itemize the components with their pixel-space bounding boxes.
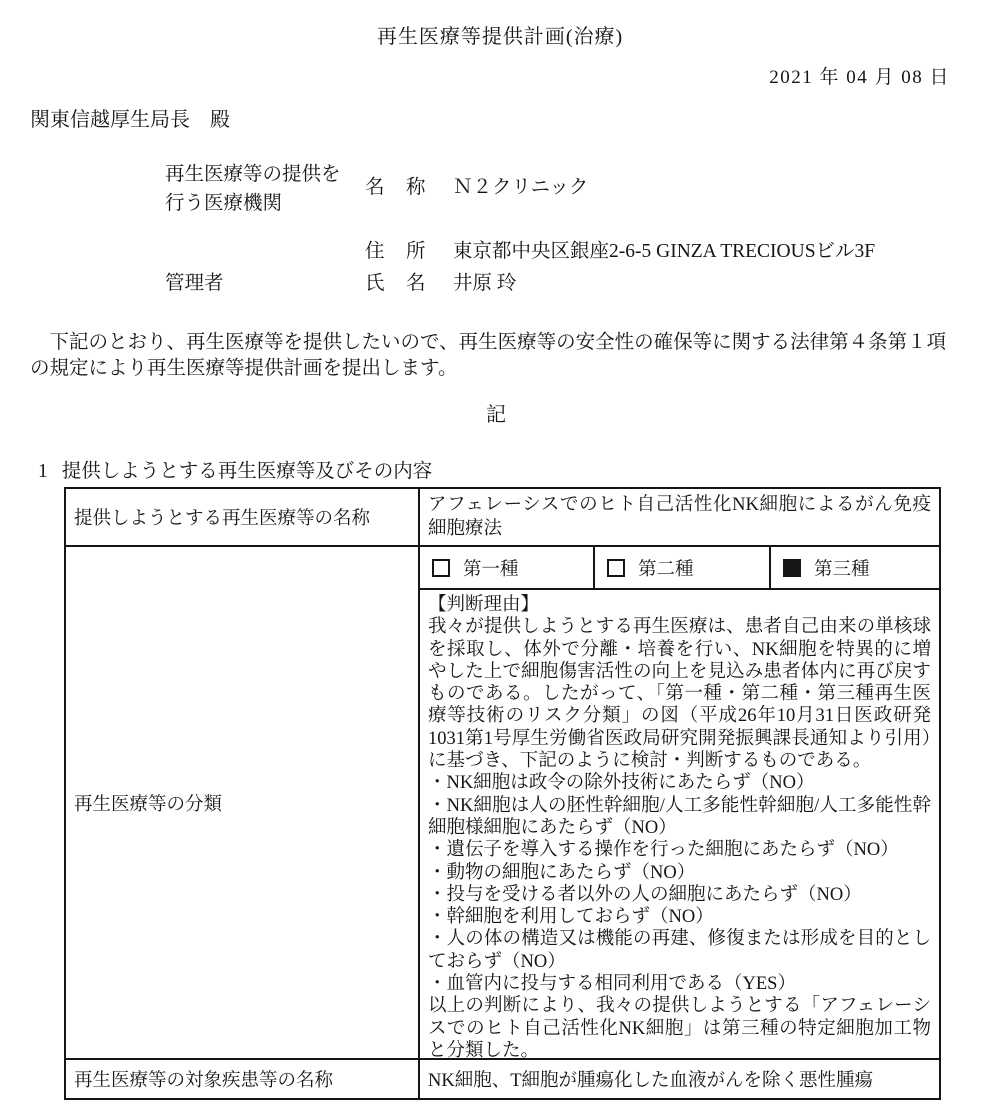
section-title: 提供しようとする再生医療等及びその内容 bbox=[62, 461, 433, 482]
section-1-heading: 1提供しようとする再生医療等及びその内容 bbox=[38, 455, 432, 483]
institution-address-label: 住 所 bbox=[365, 235, 427, 263]
classification-option: 第二種 bbox=[593, 547, 769, 588]
institution-name-value: Ｎ２クリニック bbox=[453, 171, 588, 199]
document-page: 再生医療等提供計画(治療) 2021 年 04 月 08 日 関東信越厚生局長 … bbox=[0, 0, 1000, 1120]
reason-block: 我々が提供しようとする再生医療は、患者自己由来の単核球を採取し、体外で分離・培養… bbox=[428, 616, 931, 772]
statement-line: の規定により再生医療等提供計画を提出します。 bbox=[30, 356, 968, 382]
reason-block: ・NK細胞は人の胚性幹細胞/人工多能性幹細胞/人工多能性幹細胞様細胞にあたらず（… bbox=[428, 795, 931, 840]
reason-block: ・NK細胞は政令の除外技術にあたらず（NO） bbox=[428, 772, 931, 794]
manager-label: 管理者 bbox=[165, 267, 224, 295]
classification-reason-cell: 【判断理由】我々が提供しようとする再生医療は、患者自己由来の単核球を採取し、体外… bbox=[418, 590, 939, 1060]
treatment-name-label-cell: 提供しようとする再生医療等の名称 bbox=[66, 489, 418, 547]
manager-name-label: 氏 名 bbox=[365, 267, 427, 295]
disease-value-cell: NK細胞、T細胞が腫瘍化した血液がんを除く悪性腫瘍 bbox=[418, 1060, 939, 1098]
reason-block: ・遺伝子を導入する操作を行った細胞にあたらず（NO） bbox=[428, 839, 931, 861]
classification-option-label: 第二種 bbox=[638, 555, 694, 581]
institution-label-line1: 再生医療等の提供を bbox=[165, 158, 341, 186]
classification-option: 第一種 bbox=[420, 547, 593, 588]
disease-label-cell: 再生医療等の対象疾患等の名称 bbox=[66, 1060, 418, 1098]
reason-block: ・動物の細胞にあたらず（NO） bbox=[428, 862, 931, 884]
reason-block: ・幹細胞を利用しておらず（NO） bbox=[428, 906, 931, 928]
classification-option-label: 第一種 bbox=[463, 555, 519, 581]
checkbox-icon bbox=[432, 559, 450, 577]
treatment-plan-table: 提供しようとする再生医療等の名称 アフェレーシスでのヒト自己活性化NK細胞による… bbox=[64, 487, 941, 1100]
reason-block: 以上の判断により、我々の提供しようとする「アフェレーシスでのヒト自己活性化NK細… bbox=[428, 995, 931, 1060]
checkbox-icon bbox=[607, 559, 625, 577]
submission-statement: 下記のとおり、再生医療等を提供したいので、再生医療等の安全性の確保等に関する法律… bbox=[30, 330, 968, 382]
record-mark: 記 bbox=[0, 398, 992, 427]
classification-option-label: 第三種 bbox=[814, 555, 870, 581]
manager-name-value: 井原 玲 bbox=[453, 267, 516, 295]
reason-block: ・人の体の構造又は機能の再建、修復または形成を目的としておらず（NO） bbox=[428, 928, 931, 973]
section-number: 1 bbox=[38, 461, 48, 482]
reason-block: ・投与を受ける者以外の人の細胞にあたらず（NO） bbox=[428, 884, 931, 906]
institution-label-line2: 行う医療機関 bbox=[165, 187, 282, 215]
checkbox-icon bbox=[783, 559, 801, 577]
classification-option: 第三種 bbox=[769, 547, 939, 588]
reason-block: ・血管内に投与する相同利用である（YES） bbox=[428, 973, 931, 995]
classification-label-cell: 再生医療等の分類 bbox=[66, 547, 418, 1060]
statement-line: 下記のとおり、再生医療等を提供したいので、再生医療等の安全性の確保等に関する法律… bbox=[30, 330, 968, 356]
document-title: 再生医療等提供計画(治療) bbox=[0, 20, 1000, 49]
classification-options-row: 第一種 第二種 第三種 bbox=[418, 547, 939, 590]
reason-block: 【判断理由】 bbox=[428, 594, 931, 616]
addressee: 関東信越厚生局長 殿 bbox=[30, 103, 230, 132]
institution-address-value: 東京都中央区銀座2-6-5 GINZA TRECIOUSビル3F bbox=[453, 235, 875, 263]
treatment-name-value-cell: アフェレーシスでのヒト自己活性化NK細胞によるがん免疫細胞療法 bbox=[418, 489, 939, 547]
document-date: 2021 年 04 月 08 日 bbox=[769, 62, 950, 89]
institution-name-label: 名 称 bbox=[365, 171, 427, 199]
